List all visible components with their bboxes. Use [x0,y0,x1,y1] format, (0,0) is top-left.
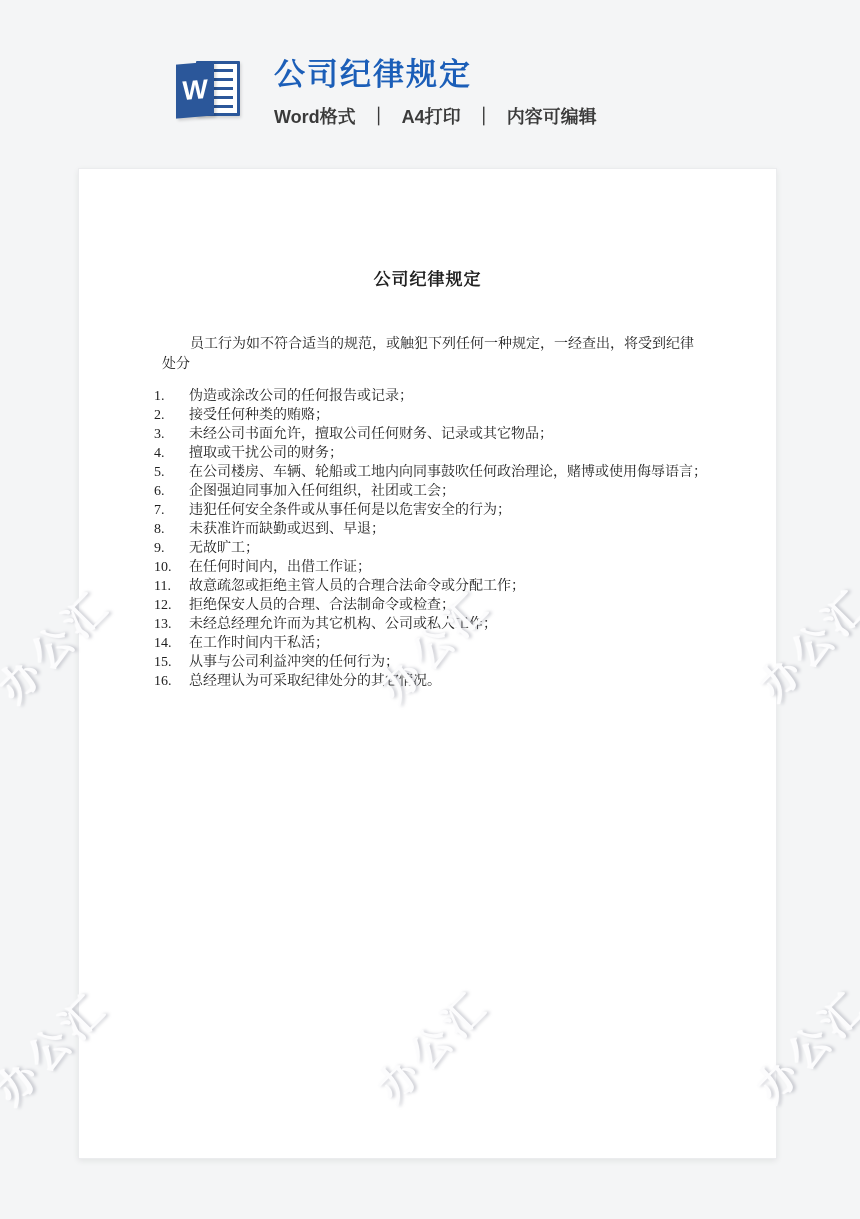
list-item-text: 接受任何种类的贿赂； [189,406,712,425]
list-item: 4. 擅取或干扰公司的财务； [79,444,712,463]
list-item-number: 8. [154,520,189,539]
template-header: W 公司纪律规定 Word格式 ｜ A4打印 ｜ 内容可编辑 [176,58,597,129]
discipline-rules-list: 1. 伪造或涂改公司的任何报告或记录； 2. 接受任何种类的贿赂； 3. 未经公… [79,387,776,691]
list-item-text: 违犯任何安全条件或从事任何是以危害安全的行为； [189,501,712,520]
list-item: 16. 总经理认为可采取纪律处分的其它情况。 [79,672,712,691]
meta-separator: ｜ [370,103,388,129]
list-item-number: 6. [154,482,189,501]
list-item: 1. 伪造或涂改公司的任何报告或记录； [79,387,712,406]
list-item-text: 未经总经理允许而为其它机构、公司或私人工作； [189,615,712,634]
list-item: 5. 在公司楼房、车辆、轮船或工地内向同事鼓吹任何政治理论，赌博或使用侮辱语言； [79,463,712,482]
list-item-number: 10. [154,558,189,577]
list-item-number: 11. [154,577,189,596]
document-title: 公司纪律规定 [79,265,776,290]
document-page: 公司纪律规定 员工行为如不符合适当的规范，或触犯下列任何一种规定，一经查出，将受… [78,168,777,1159]
list-item: 2. 接受任何种类的贿赂； [79,406,712,425]
list-item-text: 伪造或涂改公司的任何报告或记录； [189,387,712,406]
list-item-text: 在工作时间内干私活； [189,634,712,653]
list-item: 12. 拒绝保安人员的合理、合法制命令或检查； [79,596,712,615]
list-item-number: 5. [154,463,189,482]
list-item: 6. 企图强迫同事加入任何组织，社团或工会； [79,482,712,501]
meta-editable-label: 内容可编辑 [507,103,597,129]
list-item-text: 拒绝保安人员的合理、合法制命令或检查； [189,596,712,615]
list-item-number: 15. [154,653,189,672]
page-canvas: W 公司纪律规定 Word格式 ｜ A4打印 ｜ 内容可编辑 公司纪律规定 员工… [0,0,860,1219]
list-item-number: 2. [154,406,189,425]
document-intro: 员工行为如不符合适当的规范，或触犯下列任何一种规定，一经查出，将受到纪律处分 [79,335,776,375]
word-icon: W [176,58,242,122]
list-item-text: 在任何时间内，出借工作证； [189,558,712,577]
list-item-text: 未经公司书面允许，擅取公司任何财务、记录或其它物品； [189,425,712,444]
list-item-number: 3. [154,425,189,444]
list-item: 3. 未经公司书面允许，擅取公司任何财务、记录或其它物品； [79,425,712,444]
template-meta: Word格式 ｜ A4打印 ｜ 内容可编辑 [274,103,597,129]
meta-separator: ｜ [475,103,493,129]
list-item-number: 12. [154,596,189,615]
list-item-text: 总经理认为可采取纪律处分的其它情况。 [189,672,712,691]
list-item-text: 故意疏忽或拒绝主管人员的合理合法命令或分配工作； [189,577,712,596]
word-icon-letter: W [182,75,207,104]
list-item: 13. 未经总经理允许而为其它机构、公司或私人工作； [79,615,712,634]
list-item-number: 16. [154,672,189,691]
list-item: 15. 从事与公司利益冲突的任何行为； [79,653,712,672]
list-item-text: 在公司楼房、车辆、轮船或工地内向同事鼓吹任何政治理论，赌博或使用侮辱语言； [189,463,712,482]
list-item: 14. 在工作时间内干私活； [79,634,712,653]
list-item: 10. 在任何时间内，出借工作证； [79,558,712,577]
meta-print-label: A4打印 [402,103,461,129]
list-item: 8. 未获准许而缺勤或迟到、早退； [79,520,712,539]
list-item: 11. 故意疏忽或拒绝主管人员的合理合法命令或分配工作； [79,577,712,596]
list-item: 9. 无故旷工； [79,539,712,558]
template-title: 公司纪律规定 [274,58,597,92]
list-item-number: 1. [154,387,189,406]
word-icon-panel: W [176,61,214,118]
list-item-text: 擅取或干扰公司的财务； [189,444,712,463]
list-item-text: 从事与公司利益冲突的任何行为； [189,653,712,672]
list-item-text: 企图强迫同事加入任何组织，社团或工会； [189,482,712,501]
list-item: 7. 违犯任何安全条件或从事任何是以危害安全的行为； [79,501,712,520]
list-item-text: 未获准许而缺勤或迟到、早退； [189,520,712,539]
list-item-number: 14. [154,634,189,653]
list-item-number: 4. [154,444,189,463]
list-item-number: 13. [154,615,189,634]
meta-format-label: Word格式 [274,103,356,129]
list-item-number: 7. [154,501,189,520]
list-item-number: 9. [154,539,189,558]
header-text-block: 公司纪律规定 Word格式 ｜ A4打印 ｜ 内容可编辑 [274,58,597,129]
list-item-text: 无故旷工； [189,539,712,558]
